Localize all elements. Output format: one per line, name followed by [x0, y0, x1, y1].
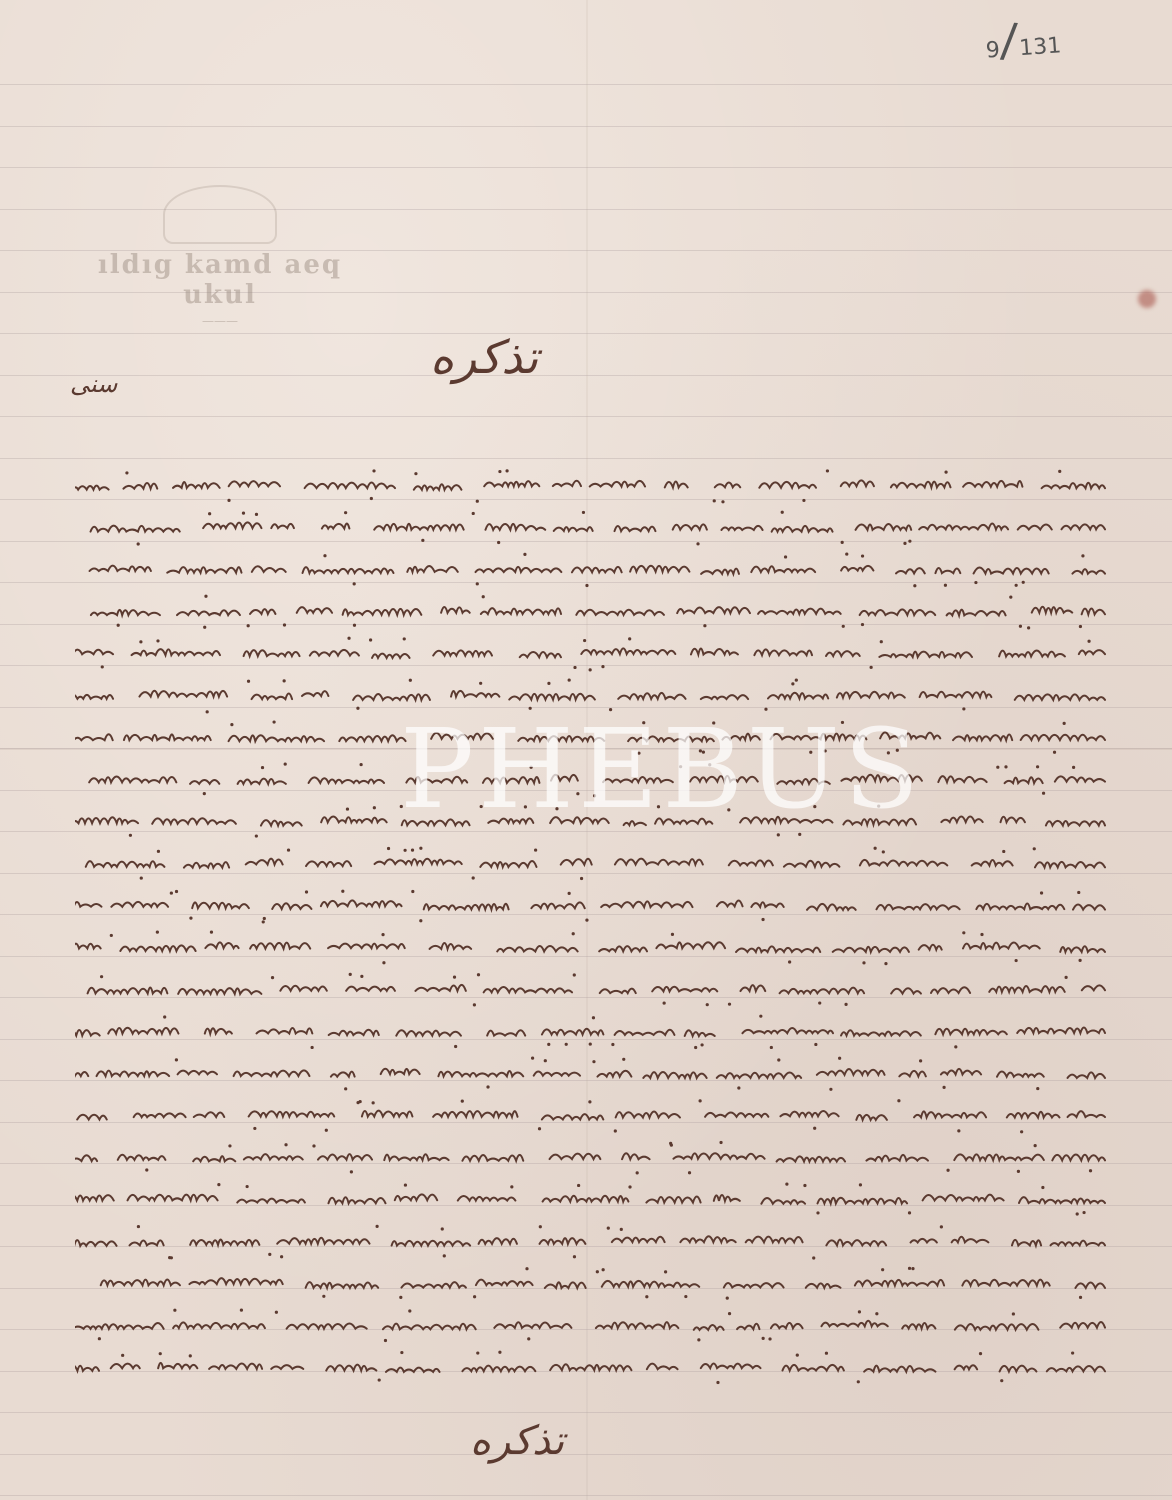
handwriting-strokes — [75, 1092, 1115, 1136]
handwriting-strokes — [75, 1218, 1115, 1262]
margin-note: سنی — [70, 370, 117, 398]
handwritten-line — [75, 630, 1115, 672]
handwritten-line — [75, 1344, 1115, 1386]
handwriting-strokes — [75, 462, 1115, 506]
handwriting-strokes — [75, 1344, 1115, 1388]
ruled-line — [0, 126, 1172, 127]
handwritten-line — [75, 882, 1115, 924]
letterhead-subtitle: ——— — [60, 314, 380, 328]
handwritten-line — [75, 1176, 1115, 1218]
handwriting-strokes — [75, 966, 1115, 1010]
ruled-line — [0, 458, 1172, 459]
handwriting-strokes — [75, 1050, 1115, 1094]
handwriting-strokes — [75, 924, 1115, 968]
handwritten-line — [75, 1050, 1115, 1092]
handwritten-line — [75, 588, 1115, 630]
ruled-line — [0, 333, 1172, 334]
archive-number-left: 9 — [985, 38, 1001, 64]
handwritten-line — [75, 1302, 1115, 1344]
handwriting-strokes — [75, 1176, 1115, 1220]
ruled-line — [0, 167, 1172, 168]
letter-body — [75, 462, 1115, 1386]
letterhead-title: ıldıg kamd aeq ukul — [60, 250, 380, 310]
ruled-line — [0, 416, 1172, 417]
archive-number: 9/131 — [983, 5, 1062, 68]
ruled-line — [0, 84, 1172, 85]
ruled-line — [0, 1495, 1172, 1496]
handwriting-strokes — [75, 840, 1115, 884]
handwritten-line — [75, 504, 1115, 546]
handwritten-line — [75, 966, 1115, 1008]
ink-stain — [1138, 290, 1156, 308]
ruled-line — [0, 1412, 1172, 1413]
archive-slash: / — [999, 12, 1018, 67]
signature: تذکره — [470, 1418, 564, 1464]
handwriting-strokes — [75, 1134, 1115, 1178]
handwritten-line — [75, 840, 1115, 882]
handwriting-strokes — [75, 588, 1115, 632]
handwriting-strokes — [75, 630, 1115, 674]
archive-number-right: 131 — [1018, 33, 1062, 61]
handwritten-line — [75, 546, 1115, 588]
handwritten-line — [75, 1134, 1115, 1176]
watermark: PHEBUS — [400, 705, 923, 833]
ruled-line — [0, 375, 1172, 376]
letterhead-emblem-icon — [163, 185, 277, 244]
handwritten-line — [75, 1260, 1115, 1302]
handwritten-line — [75, 462, 1115, 504]
letter-heading: تذکره — [430, 330, 538, 384]
handwriting-strokes — [75, 1302, 1115, 1346]
letter-page: 9/131 ıldıg kamd aeq ukul ——— تذکره سنی … — [0, 0, 1172, 1500]
handwriting-strokes — [75, 1008, 1115, 1052]
handwritten-line — [75, 924, 1115, 966]
handwritten-line — [75, 1092, 1115, 1134]
handwriting-strokes — [75, 546, 1115, 590]
handwriting-strokes — [75, 882, 1115, 926]
ruled-line — [0, 1454, 1172, 1455]
handwritten-line — [75, 1218, 1115, 1260]
handwritten-line — [75, 1008, 1115, 1050]
handwriting-strokes — [75, 1260, 1115, 1304]
handwriting-strokes — [75, 504, 1115, 548]
faded-letterhead: ıldıg kamd aeq ukul ——— — [60, 185, 380, 328]
